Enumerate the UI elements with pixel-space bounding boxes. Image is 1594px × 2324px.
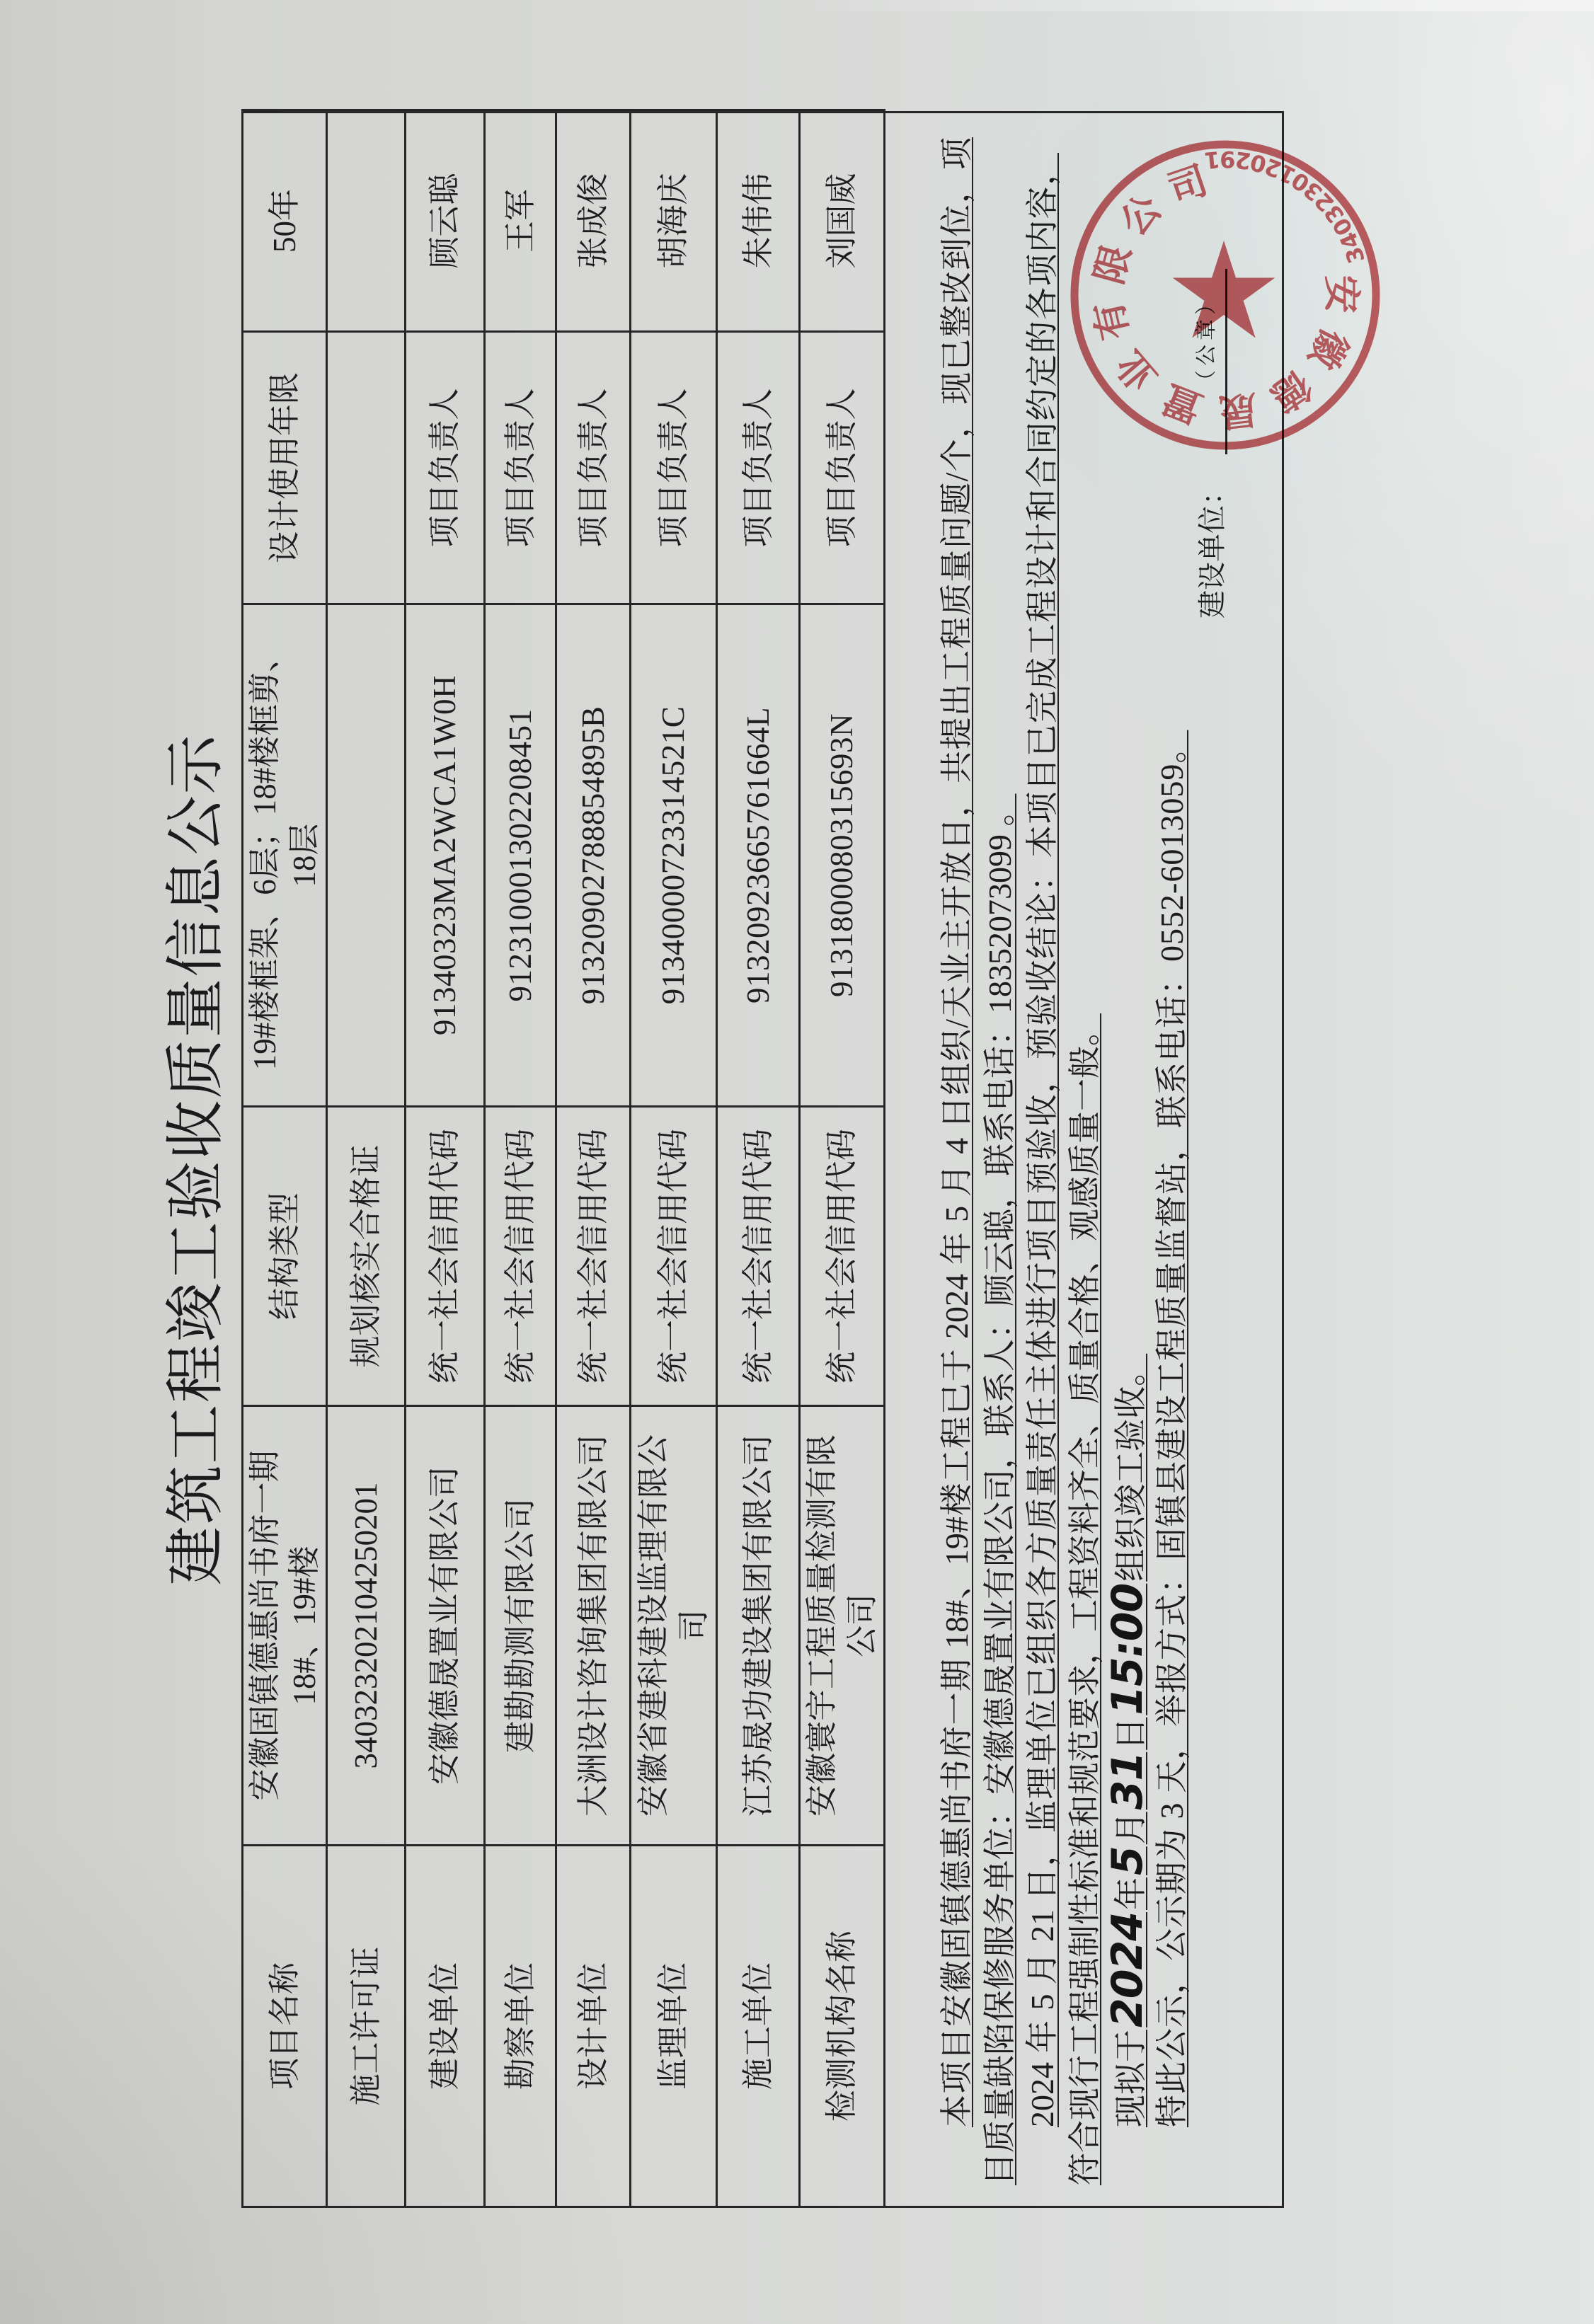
document-title: 建筑工程竣工验收质量信息公示 xyxy=(161,111,232,2208)
month-unit: 月 xyxy=(1113,1812,1149,1844)
cell-role-label: 项目负责人 xyxy=(717,332,800,604)
table-row-contractor: 施工单位 江苏晟功建设集团有限公司 统一社会信用代码 9132092366576… xyxy=(717,110,800,2207)
cell-field-label: 统一社会信用代码 xyxy=(800,1107,885,1406)
cell-value: 江苏晟功建设集团有限公司 xyxy=(717,1406,800,1846)
company-seal-stamp: 安徽德晟置业有限公司 3403230120291 xyxy=(1055,125,1395,465)
cell-label: 监理单位 xyxy=(631,1846,717,2207)
cell-role-value: 顾云聪 xyxy=(406,110,485,332)
company-name: 建勘勘测有限公司 xyxy=(500,1498,540,1753)
cell-role-value: 刘国威 xyxy=(800,110,885,332)
notice-line-schedule: 现拟于2024年5月31日15:00组织竣工验收。 xyxy=(1106,1354,1149,2127)
cell-field-value xyxy=(327,604,406,1107)
cell-label: 勘察单位 xyxy=(485,1846,556,2207)
cell-role-value: 朱伟伟 xyxy=(717,110,800,332)
company-name: 安徽寰宇工程质量检测有限公司 xyxy=(802,1430,882,1822)
cell-role-value xyxy=(327,110,406,332)
company-name: 安徽德晟置业有限公司 xyxy=(425,1466,464,1785)
cell-field-label: 规划核实合格证 xyxy=(327,1107,406,1406)
notice-line-report: 特此公示，公示期为 3 天，举报方式：固镇县建设工程质量监督站，联系电话：055… xyxy=(1151,730,1193,2127)
cell-value: 安徽德晟置业有限公司 xyxy=(406,1406,485,1846)
seal-star-icon xyxy=(1173,241,1275,338)
cell-label: 施工许可证 xyxy=(327,1846,406,2207)
cell-field-label: 统一社会信用代码 xyxy=(556,1107,631,1406)
table-row-construction-permit: 施工许可证 340323202104250201 规划核实合格证 xyxy=(327,110,406,2207)
cell-role-value: 50年 xyxy=(243,110,327,332)
table-row-project-name: 项目名称 安徽固镇德惠尚书府一期18#、19#楼 结构类型 19#楼框架、6层；… xyxy=(243,110,327,2207)
year-unit: 年 xyxy=(1113,1877,1149,1910)
table-row-developer: 建设单位 安徽德晟置业有限公司 统一社会信用代码 91340323MA2WCA1… xyxy=(406,110,485,2207)
company-name: 江苏晟功建设集团有限公司 xyxy=(738,1434,778,1817)
cell-field-label: 统一社会信用代码 xyxy=(485,1107,556,1406)
cell-field-value: 91320923665761664L xyxy=(717,604,800,1107)
handwritten-day: 31 xyxy=(1103,1750,1152,1812)
company-name: 安徽省建科建设监理有限公司 xyxy=(633,1430,713,1822)
schedule-suffix: 组织竣工验收。 xyxy=(1113,1354,1149,1582)
handwritten-month: 5 xyxy=(1103,1844,1152,1877)
cell-role-value: 王军 xyxy=(485,110,556,332)
notice-line-warranty: 目质量缺陷保修服务单位：安徽德晟置业有限公司，联系人：顾云聪，联系电话：1835… xyxy=(979,794,1021,2186)
cell-role-label xyxy=(327,332,406,604)
cell-role-label: 项目负责人 xyxy=(485,332,556,604)
cell-role-value: 胡海庆 xyxy=(631,110,717,332)
structure-type: 19#楼框架、6层；18#楼框剪、18层 xyxy=(245,629,325,1081)
cell-field-value: 91340000723314521C xyxy=(631,604,717,1107)
cell-value: 大洲设计咨询集团有限公司 xyxy=(556,1406,631,1846)
company-name: 大洲设计咨询集团有限公司 xyxy=(573,1434,613,1817)
cell-field-value: 91320902788854895B xyxy=(556,604,631,1107)
notice-line-open-day: 本项目安徽固镇德惠尚书府一期 18#、19#楼工程已于 2024 年 5 月 4… xyxy=(936,137,978,2127)
table-row-testing-agency: 检测机构名称 安徽寰宇工程质量检测有限公司 统一社会信用代码 913180008… xyxy=(800,110,885,2207)
cell-label: 建设单位 xyxy=(406,1846,485,2207)
schedule-prefix: 现拟于 xyxy=(1113,2030,1149,2127)
cell-field-value: 91340323MA2WCA1W0H xyxy=(406,604,485,1107)
table-row-design-unit: 设计单位 大洲设计咨询集团有限公司 统一社会信用代码 9132090278885… xyxy=(556,110,631,2207)
cell-field-label: 统一社会信用代码 xyxy=(631,1107,717,1406)
cell-value: 340323202104250201 xyxy=(327,1406,406,1846)
cell-value: 安徽省建科建设监理有限公司 xyxy=(631,1406,717,1846)
project-info-table: 项目名称 安徽固镇德惠尚书府一期18#、19#楼 结构类型 19#楼框架、6层；… xyxy=(241,109,885,2208)
notice-line-conclusion: 符合现行工程强制性标准和规范要求，工程资料齐全、质量合格、观感质量一般。 xyxy=(1064,1013,1106,2185)
cell-field-value: 9131800080315693N xyxy=(800,604,885,1107)
day-unit: 日 xyxy=(1113,1718,1149,1750)
cell-role-value: 张成俊 xyxy=(556,110,631,332)
cell-role-label: 设计使用年限 xyxy=(243,332,327,604)
cell-role-label: 项目负责人 xyxy=(631,332,717,604)
cell-field-value: 912310001302208451 xyxy=(485,604,556,1107)
handwritten-year: 2024 xyxy=(1103,1910,1152,2030)
cell-label: 施工单位 xyxy=(717,1846,800,2207)
cell-role-label: 项目负责人 xyxy=(556,332,631,604)
table-row-survey-unit: 勘察单位 建勘勘测有限公司 统一社会信用代码 91231000130220845… xyxy=(485,110,556,2207)
cell-label: 检测机构名称 xyxy=(800,1846,885,2207)
cell-label: 项目名称 xyxy=(243,1846,327,2207)
cell-field-label: 统一社会信用代码 xyxy=(717,1107,800,1406)
cell-value: 安徽固镇德惠尚书府一期18#、19#楼 xyxy=(243,1406,327,1846)
cell-value: 建勘勘测有限公司 xyxy=(485,1406,556,1846)
cell-role-label: 项目负责人 xyxy=(800,332,885,604)
project-name: 安徽固镇德惠尚书府一期18#、19#楼 xyxy=(245,1430,325,1822)
cell-field-value: 19#楼框架、6层；18#楼框剪、18层 xyxy=(243,604,327,1107)
developer-signature-label: 建设单位： xyxy=(1195,477,1230,619)
cell-label: 设计单位 xyxy=(556,1846,631,2207)
table-row-supervision-unit: 监理单位 安徽省建科建设监理有限公司 统一社会信用代码 913400007233… xyxy=(631,110,717,2207)
cell-field-label: 结构类型 xyxy=(243,1107,327,1406)
cell-value: 安徽寰宇工程质量检测有限公司 xyxy=(800,1406,885,1846)
cell-role-label: 项目负责人 xyxy=(406,332,485,604)
cell-field-label: 统一社会信用代码 xyxy=(406,1107,485,1406)
handwritten-time: 15:00 xyxy=(1103,1582,1152,1718)
